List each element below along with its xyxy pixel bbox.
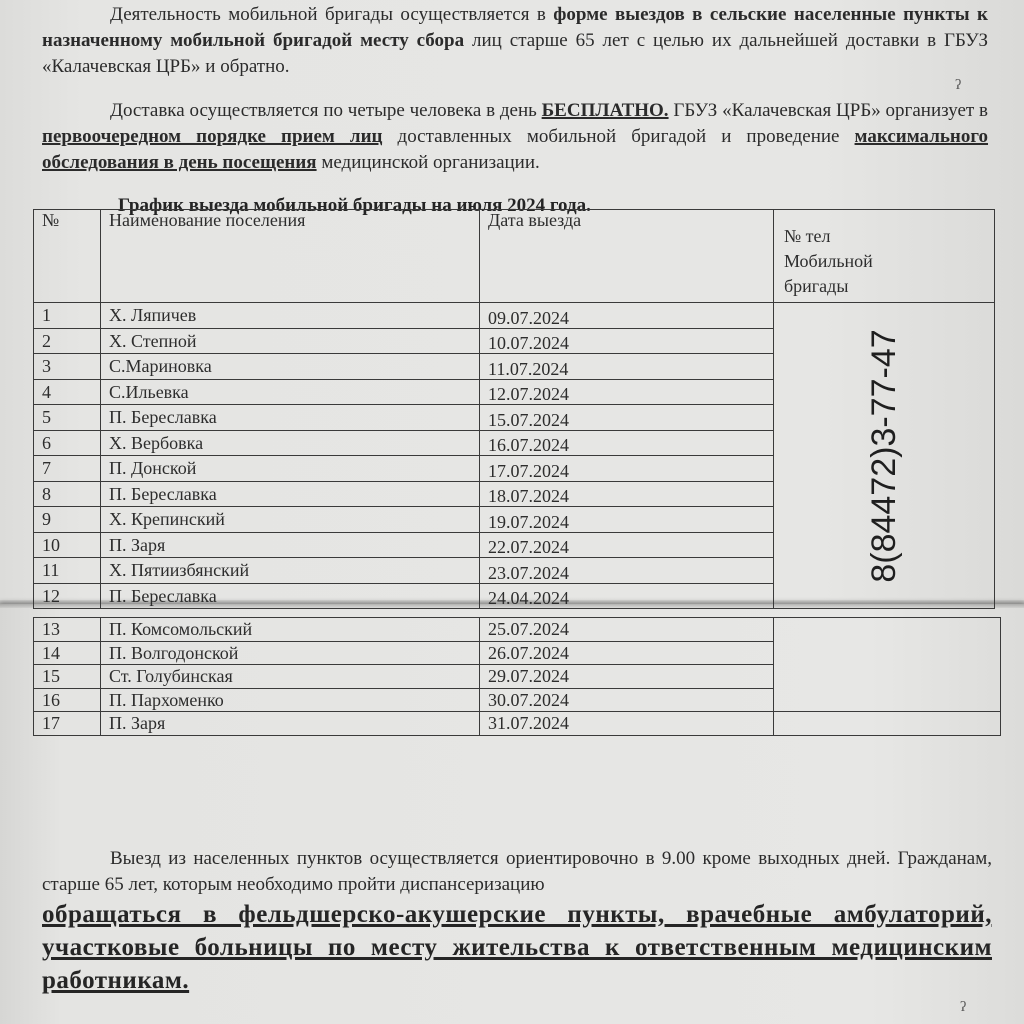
cell-num: 10: [34, 532, 101, 558]
cell-num: 13: [34, 618, 101, 642]
cell-name: П. Донской: [101, 456, 480, 482]
cell-name: П. Заря: [101, 712, 480, 736]
cell-num: 7: [34, 456, 101, 482]
header-number: №: [34, 210, 101, 303]
cell-date: 29.07.2024: [480, 665, 774, 689]
pen-mark: ʔ: [955, 78, 961, 94]
cell-name: С.Ильевка: [101, 379, 480, 405]
cell-name: П. Береславка: [101, 481, 480, 507]
phone-cell: 8(84472)3-77-47: [774, 303, 995, 609]
cell-name: П. Комсомольский: [101, 618, 480, 642]
cell-name: П. Заря: [101, 532, 480, 558]
cell-num: 1: [34, 303, 101, 329]
cell-num: 5: [34, 405, 101, 431]
cell-date: 12.07.2024: [480, 379, 774, 405]
cell-num: 2: [34, 328, 101, 354]
intro-paragraph-1: Деятельность мобильной бригады осуществл…: [42, 2, 988, 80]
cell-name: Х. Крепинский: [101, 507, 480, 533]
header-phone-line: бригады: [784, 276, 848, 296]
cell-name: П. Береславка: [101, 405, 480, 431]
cell-date: 25.07.2024: [480, 618, 774, 642]
empty-phone-cell: [774, 712, 1001, 736]
cell-num: 17: [34, 712, 101, 736]
cell-name: П. Волгодонской: [101, 641, 480, 665]
cell-name: Х. Вербовка: [101, 430, 480, 456]
cell-date: 23.07.2024: [480, 558, 774, 584]
phone-number[interactable]: 8(84472)3-77-47: [872, 329, 896, 582]
cell-num: 3: [34, 354, 101, 380]
intro-text: ГБУЗ «Калачевская ЦРБ» организует в: [669, 100, 988, 121]
schedule-table-part-1: № Наименование поселения Дата выезда № т…: [33, 209, 995, 609]
schedule-table-part-2: 13П. Комсомольский25.07.202414П. Волгодо…: [33, 617, 1001, 736]
intro-text: Деятельность мобильной бригады осуществл…: [110, 4, 553, 25]
footer-text: Выезд из населенных пунктов осуществляет…: [42, 848, 992, 895]
cell-num: 8: [34, 481, 101, 507]
header-phone-line: Мобильной: [784, 251, 873, 271]
header-date: Дата выезда: [480, 210, 774, 303]
cell-date: 11.07.2024: [480, 354, 774, 380]
cell-date: 31.07.2024: [480, 712, 774, 736]
footer-paragraph: Выезд из населенных пунктов осуществляет…: [42, 846, 992, 898]
table-row: 1Х. Ляпичев09.07.20248(84472)3-77-47: [34, 303, 995, 329]
cell-date: 22.07.2024: [480, 532, 774, 558]
intro-text: медицинской организации.: [317, 152, 540, 173]
cell-name: П. Береславка: [101, 583, 480, 609]
cell-name: Х. Ляпичев: [101, 303, 480, 329]
cell-name: Х. Пятиизбянский: [101, 558, 480, 584]
header-settlement: Наименование поселения: [101, 210, 480, 303]
cell-date: 15.07.2024: [480, 405, 774, 431]
cell-date: 30.07.2024: [480, 688, 774, 712]
table-row: 17П. Заря31.07.2024: [34, 712, 1001, 736]
cell-date: 19.07.2024: [480, 507, 774, 533]
cell-num: 6: [34, 430, 101, 456]
cell-name: С.Мариновка: [101, 354, 480, 380]
intro-paragraph-2: Доставка осуществляется по четыре челове…: [42, 98, 988, 176]
footer-instruction: обращаться в фельдшерско-акушерские пунк…: [42, 898, 992, 997]
cell-name: П. Пархоменко: [101, 688, 480, 712]
cell-date: 18.07.2024: [480, 481, 774, 507]
cell-date: 26.07.2024: [480, 641, 774, 665]
table-row: 13П. Комсомольский25.07.2024: [34, 618, 1001, 642]
cell-num: 12: [34, 583, 101, 609]
intro-text: Доставка осуществляется по четыре челове…: [110, 100, 542, 121]
table-header-row: № Наименование поселения Дата выезда № т…: [34, 210, 995, 303]
cell-num: 15: [34, 665, 101, 689]
cell-date: 17.07.2024: [480, 456, 774, 482]
cell-num: 4: [34, 379, 101, 405]
cell-num: 16: [34, 688, 101, 712]
cell-date: 24.04.2024: [480, 583, 774, 609]
cell-name: Ст. Голубинская: [101, 665, 480, 689]
intro-text: доставленных мобильной бригадой и провед…: [382, 126, 854, 147]
empty-phone-cell: [774, 618, 1001, 712]
priority-text: первоочередном порядке прием лиц: [42, 126, 382, 147]
cell-name: Х. Степной: [101, 328, 480, 354]
cell-num: 11: [34, 558, 101, 584]
header-phone: № тел Мобильной бригады: [774, 210, 995, 303]
cell-date: 09.07.2024: [480, 303, 774, 329]
footer-bold-text: обращаться в фельдшерско-акушерские пунк…: [42, 901, 992, 994]
header-phone-line: № тел: [784, 226, 831, 246]
cell-num: 9: [34, 507, 101, 533]
free-label: БЕСПЛАТНО.: [542, 100, 669, 121]
pen-mark: ʔ: [960, 1000, 966, 1016]
cell-date: 16.07.2024: [480, 430, 774, 456]
cell-date: 10.07.2024: [480, 328, 774, 354]
cell-num: 14: [34, 641, 101, 665]
